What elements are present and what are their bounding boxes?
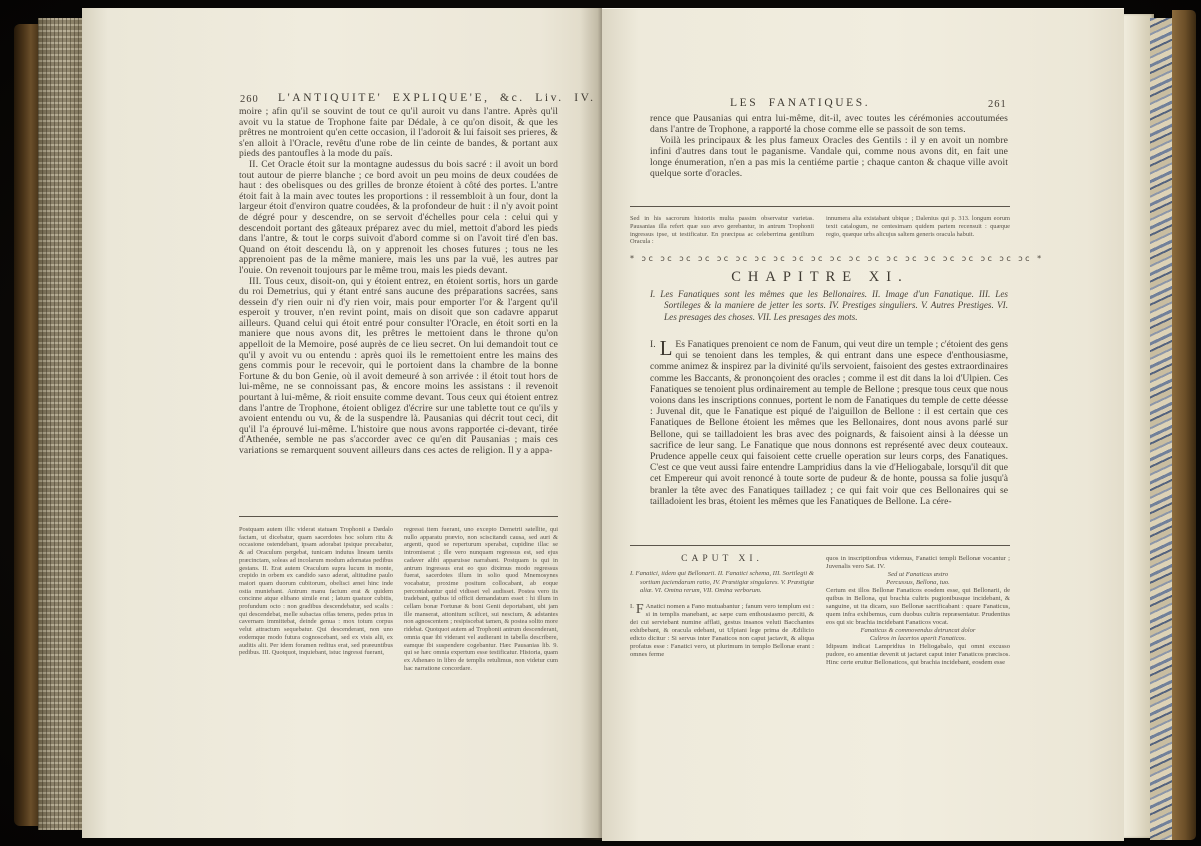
left-french-text: moire ; afin qu'il se souvint de tout ce… xyxy=(239,107,558,457)
right-footnote-column-2: innumera alia existabant ubique ; Daleni… xyxy=(826,215,1010,246)
book-photo: 260 L'ANTIQUITE' EXPLIQUE'E, &c. Liv. IV… xyxy=(0,0,1201,846)
right-french-text: rence que Pausanias qui entra lui-même, … xyxy=(650,113,1008,179)
right-paragraph: Voilà les principaux & les plus fameux O… xyxy=(650,135,1008,179)
left-running-title: L'ANTIQUITE' EXPLIQUE'E, &c. Liv. IV. xyxy=(278,92,596,104)
chapter-heading: CHAPITRE XI. xyxy=(630,269,1010,286)
juvenal-verse-line: Percussus, Bellona, tuo. xyxy=(826,579,1010,587)
right-page: LES FANATIQUES. 261 rence que Pausanias … xyxy=(602,8,1124,841)
left-footnote-column-1: Postquam autem illic viderat statuam Tro… xyxy=(239,526,393,672)
caput-body-text: Idipsum indicat Lampridius in Heliogabal… xyxy=(826,643,1010,667)
caput-argument: I. Fanatici, iidem qui Bellonarii. II. F… xyxy=(630,570,814,596)
right-cover-leather xyxy=(1172,10,1196,840)
caput-heading: CAPUT XI. xyxy=(630,555,814,563)
right-page-number: 261 xyxy=(988,99,1007,110)
chapter-ornament-band: * ɔc ɔc ɔc ɔc ɔc ɔc ɔc ɔc ɔc ɔc ɔc ɔc ɔc… xyxy=(630,254,1010,263)
left-footnote-rule xyxy=(239,516,558,517)
right-footnote-rule-bottom xyxy=(630,545,1010,546)
chapter-body-text: Es Fanatiques prenoient ce nom de Fanum,… xyxy=(650,339,1008,507)
left-footnote-column-2: regressi item fuerant, uno excepto Demet… xyxy=(404,526,558,672)
left-paragraph: III. Tous ceux, disoit-on, qui y étoient… xyxy=(239,277,558,457)
left-paragraph: II. Cet Oracle étoit sur la montagne aud… xyxy=(239,160,558,277)
prudentius-verse-line: Cultros in lacertos aperit Fanaticos. xyxy=(826,635,1010,643)
right-running-title: LES FANATIQUES. xyxy=(730,97,870,109)
chapter-body: I.LEs Fanatiques prenoient ce nom de Fan… xyxy=(650,339,1008,507)
right-paragraph: rence que Pausanias qui entra lui-même, … xyxy=(650,113,1008,135)
drop-cap-letter: F xyxy=(636,603,646,616)
right-footnotes: Sed in his sacrorum historiis multa pass… xyxy=(630,215,1010,246)
section-number: I. xyxy=(650,339,656,350)
caput-column-2: quos in inscriptionibus videmus, Fanatic… xyxy=(826,555,1010,667)
page-block-fore-edge xyxy=(38,18,86,830)
left-footnotes: Postquam autem illic viderat statuam Tro… xyxy=(239,526,558,672)
chapter-argument: I. Les Fanatiques sont les mêmes que les… xyxy=(650,289,1008,323)
prudentius-verse-line: Fanaticus & commovendus detruncat dolor xyxy=(826,627,1010,635)
caput-intro: quos in inscriptionibus videmus, Fanatic… xyxy=(826,555,1010,571)
right-footnote-rule-top xyxy=(630,206,1010,207)
section-number: I. xyxy=(630,603,634,611)
left-page-number: 260 xyxy=(240,94,259,105)
latin-caput-section: CAPUT XI. I. Fanatici, iidem qui Bellona… xyxy=(630,555,1010,667)
caput-body: I.FAnatici nomen a Fano mutuabantur ; fa… xyxy=(630,603,814,659)
left-paragraph: moire ; afin qu'il se souvint de tout ce… xyxy=(239,107,558,160)
juvenal-verse-line: Sed ut Fanaticus æstro xyxy=(826,571,1010,579)
caput-body-text: Anatici nomen a Fano mutuabantur ; fanum… xyxy=(630,603,814,658)
caput-column-1: CAPUT XI. I. Fanatici, iidem qui Bellona… xyxy=(630,555,814,667)
marbled-endpaper-edge xyxy=(1150,18,1174,840)
caput-body-text: Certum est illos Bellonæ Fanaticos eosde… xyxy=(826,587,1010,627)
left-page: 260 L'ANTIQUITE' EXPLIQUE'E, &c. Liv. IV… xyxy=(82,8,602,838)
right-footnote-column-1: Sed in his sacrorum historiis multa pass… xyxy=(630,215,814,246)
drop-cap-letter: L xyxy=(660,339,676,357)
